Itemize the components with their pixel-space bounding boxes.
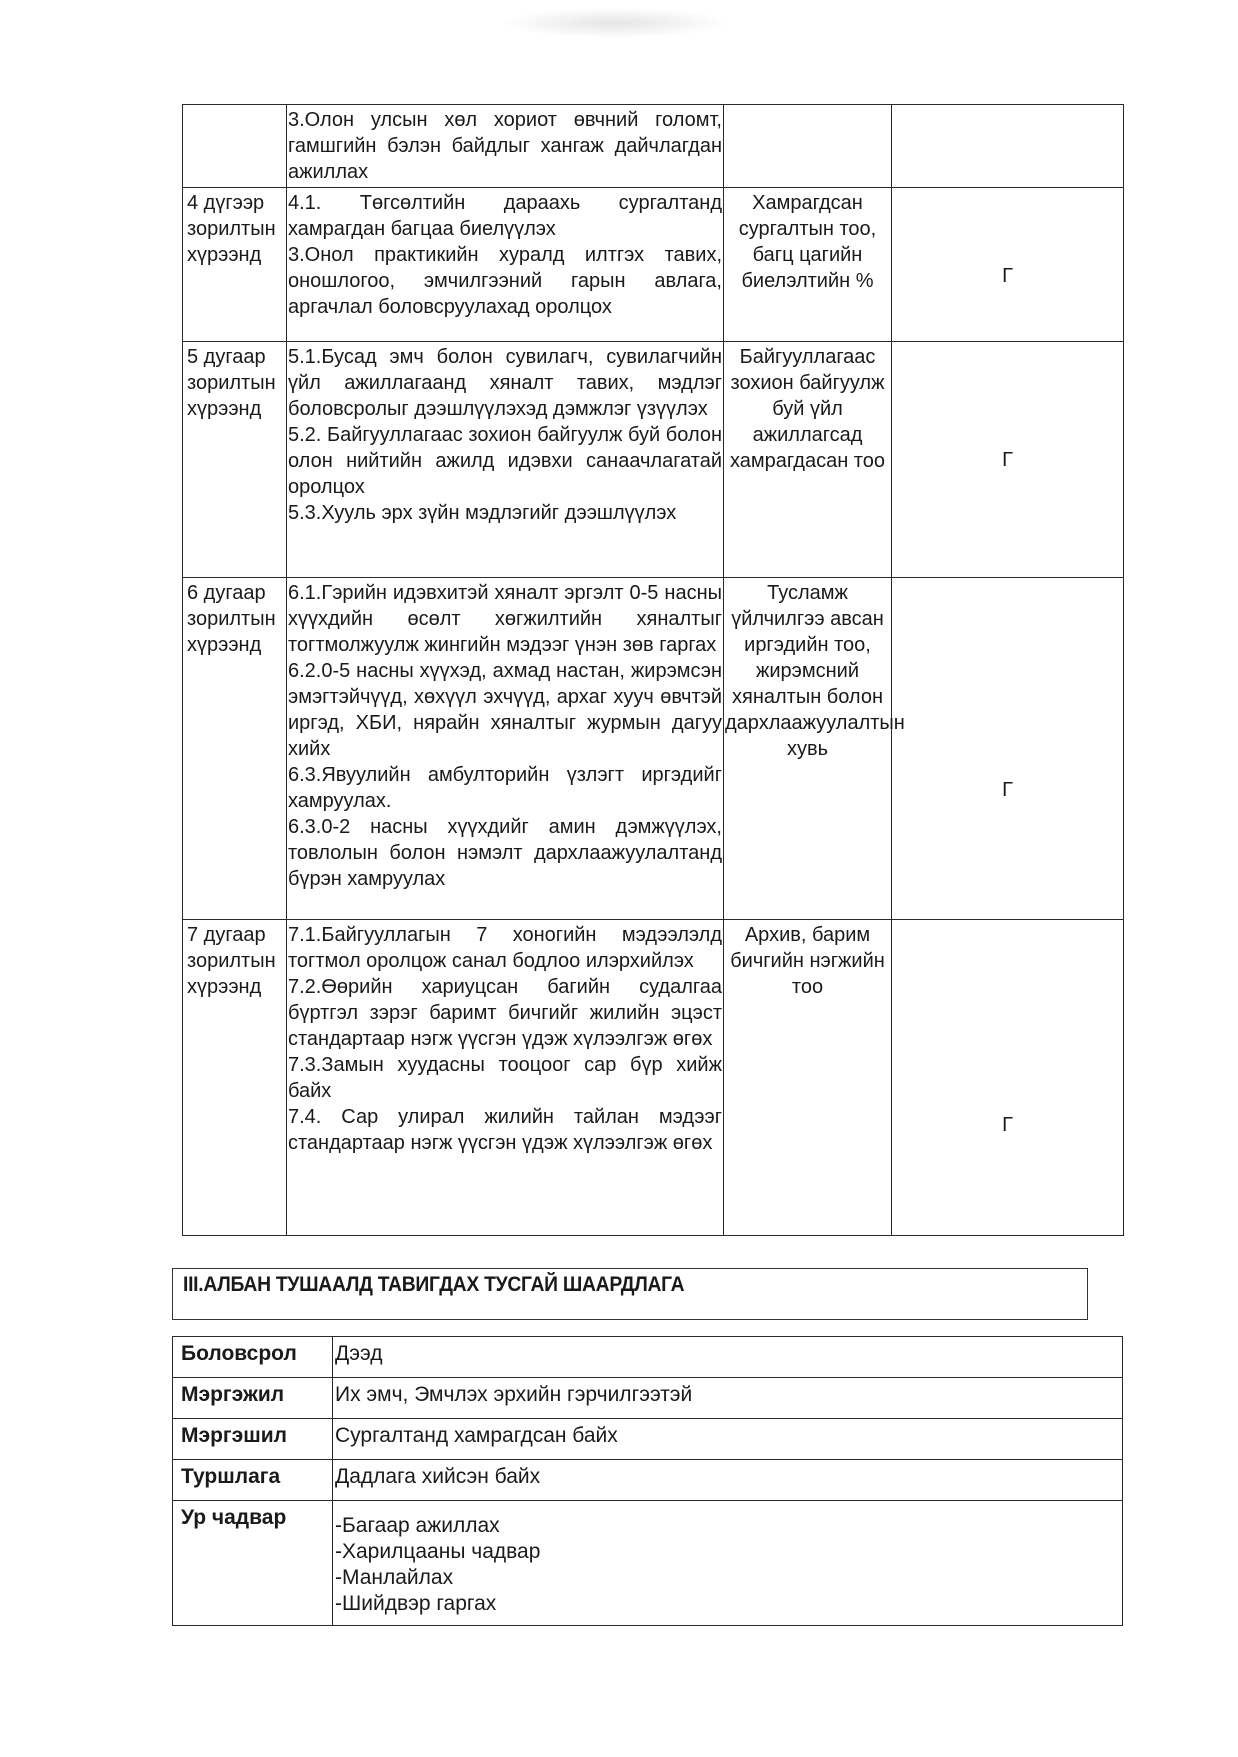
table-row: 5 дугаар зорилтын хүрээнд 5.1.Бусад эмч … [183,342,1124,578]
task-item: 3.Онол практикийн хуралд илтгэх тавих, о… [288,242,722,320]
requirement-value: Сургалтанд хамрагдсан байх [333,1419,1123,1460]
task-item: 4.1. Төгсөлтийн дараахь сургалтанд хамра… [288,190,722,242]
goal-number: 6 дугаар [187,580,285,606]
requirement-row: Туршлага Дадлага хийсэн байх [173,1460,1123,1501]
requirement-value: -Багаар ажиллах -Харилцааны чадвар -Манл… [333,1501,1123,1626]
table-row: 3.Олон улсын хөл хориот өвчний голомт, г… [183,105,1124,188]
requirement-label: Боловсрол [173,1337,333,1378]
grade-cell: Г [892,342,1124,578]
requirement-label: Туршлага [173,1460,333,1501]
requirement-row: Боловсрол Дээд [173,1337,1123,1378]
goal-label: зорилтын [187,370,285,396]
requirements-table: Боловсрол Дээд Мэргэжил Их эмч, Эмчлэх э… [172,1336,1123,1626]
task-item: 7.1.Байгууллагын 7 хоногийн мэдээлэлд то… [288,922,722,974]
goal-label: зорилтын [187,948,285,974]
task-item: 5.1.Бусад эмч болон сувилагч, сувилагчий… [288,344,722,422]
grade-cell [892,105,1124,188]
tasks-cell: 6.1.Гэрийн идэвхитэй хяналт эргэлт 0-5 н… [287,578,724,920]
requirement-value-line: -Багаар ажиллах [335,1513,1114,1539]
tasks-cell: 7.1.Байгууллагын 7 хоногийн мэдээлэлд то… [287,920,724,1236]
section-title: III.АЛБАН ТУШААЛД ТАВИГДАХ ТУСГАЙ ШААРДЛ… [183,1273,684,1297]
goal-number: 7 дугаар [187,922,285,948]
requirement-value: Их эмч, Эмчлэх эрхийн гэрчилгээтэй [333,1378,1123,1419]
goal-cell: 5 дугаар зорилтын хүрээнд [183,342,287,578]
tasks-cell: 5.1.Бусад эмч болон сувилагч, сувилагчий… [287,342,724,578]
task-item: 6.3.Явуулийн амбулторийн үзлэгт иргэдийг… [288,762,722,814]
goal-scope: хүрээнд [187,632,285,658]
tasks-cell: 4.1. Төгсөлтийн дараахь сургалтанд хамра… [287,188,724,342]
goal-cell [183,105,287,188]
requirement-row: Ур чадвар -Багаар ажиллах -Харилцааны ча… [173,1501,1123,1626]
grade-cell: Г [892,578,1124,920]
requirement-value-line: Их эмч, Эмчлэх эрхийн гэрчилгээтэй [335,1382,1114,1408]
task-item: 6.2.0-5 насны хүүхэд, ахмад настан, жирэ… [288,658,722,762]
requirement-value-line: Дадлага хийсэн байх [335,1464,1114,1490]
table-row: 7 дугаар зорилтын хүрээнд 7.1.Байгууллаг… [183,920,1124,1236]
scan-smudge [500,8,730,38]
task-item: 7.4. Сар улирал жилийн тайлан мэдээг ста… [288,1104,722,1156]
requirement-value-line: -Харилцааны чадвар [335,1539,1114,1565]
tasks-cell: 3.Олон улсын хөл хориот өвчний голомт, г… [287,105,724,188]
requirement-value-line: -Шийдвэр гаргах [335,1591,1114,1617]
task-item: 5.2. Байгууллагаас зохион байгуулж буй б… [288,422,722,500]
requirement-value-line: Дээд [335,1341,1114,1367]
goal-scope: хүрээнд [187,396,285,422]
requirement-value: Дадлага хийсэн байх [333,1460,1123,1501]
grade-cell: Г [892,920,1124,1236]
requirement-value-line: -Манлайлах [335,1565,1114,1591]
requirement-row: Мэргэжил Их эмч, Эмчлэх эрхийн гэрчилгээ… [173,1378,1123,1419]
requirement-label: Мэргэшил [173,1419,333,1460]
goal-cell: 4 дүгээр зорилтын хүрээнд [183,188,287,342]
requirement-value: Дээд [333,1337,1123,1378]
goal-cell: 6 дугаар зорилтын хүрээнд [183,578,287,920]
requirement-label: Мэргэжил [173,1378,333,1419]
table-row: 6 дугаар зорилтын хүрээнд 6.1.Гэрийн идэ… [183,578,1124,920]
task-item: 6.1.Гэрийн идэвхитэй хяналт эргэлт 0-5 н… [288,580,722,658]
section-header-box: III.АЛБАН ТУШААЛД ТАВИГДАХ ТУСГАЙ ШААРДЛ… [172,1268,1088,1320]
grade-cell: Г [892,188,1124,342]
requirement-value-line: Сургалтанд хамрагдсан байх [335,1423,1114,1449]
goal-scope: хүрээнд [187,974,285,1000]
indicator-cell: Тусламж үйлчилгээ авсан иргэдийн тоо, жи… [724,578,892,920]
goal-number: 5 дугаар [187,344,285,370]
table-row: 4 дүгээр зорилтын хүрээнд 4.1. Төгсөлтий… [183,188,1124,342]
task-item: 5.3.Хууль эрх зүйн мэдлэгийг дээшлүүлэх [288,500,722,526]
task-item: 3.Олон улсын хөл хориот өвчний голомт, г… [288,107,722,185]
goal-number: 4 дүгээр [187,190,285,216]
goal-scope: хүрээнд [187,242,285,268]
indicator-cell [724,105,892,188]
requirement-row: Мэргэшил Сургалтанд хамрагдсан байх [173,1419,1123,1460]
goal-cell: 7 дугаар зорилтын хүрээнд [183,920,287,1236]
goal-label: зорилтын [187,216,285,242]
requirement-label: Ур чадвар [173,1501,333,1626]
indicator-cell: Хамрагдсан сургалтын тоо, багц цагийн би… [724,188,892,342]
task-item: 7.3.Замын хуудасны тооцоог сар бүр хийж … [288,1052,722,1104]
task-item: 7.2.Өөрийн хариуцсан багийн судалгаа бүр… [288,974,722,1052]
indicator-cell: Байгууллагаас зохион байгуулж буй үйл аж… [724,342,892,578]
indicator-cell: Архив, барим бичгийн нэгжийн тоо [724,920,892,1236]
task-item: 6.3.0-2 насны хүүхдийг амин дэмжүүлэх, т… [288,814,722,892]
goal-label: зорилтын [187,606,285,632]
goals-table: 3.Олон улсын хөл хориот өвчний голомт, г… [182,104,1124,1236]
